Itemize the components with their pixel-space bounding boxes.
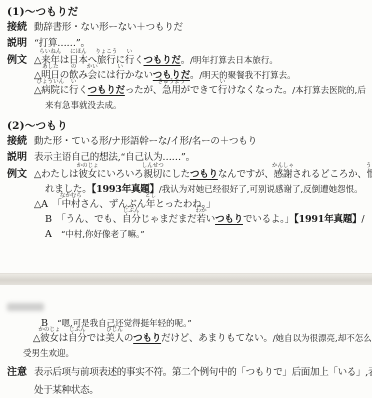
- section-2-connection-row: 接続 動た形・ている形/ナ形語幹ーな/イ形/名ーの＋つもり: [7, 134, 368, 150]
- furigana: かのじょ: [38, 327, 60, 333]
- grammar-emphasis: つもり: [190, 169, 218, 180]
- section-1-examples-row: 例文 △来年らいねんは日本にほんへ旅行りょこうに行いくつもりだ。/明年打算去日本…: [7, 53, 368, 113]
- example-line: △来年らいねんは日本にほんへ旅行りょこうに行いくつもりだ。/明年打算去日本旅行。: [34, 53, 368, 68]
- exam-source: 【1991年真題】: [294, 214, 361, 225]
- ruby-base: 病院びょういん: [41, 85, 60, 96]
- japanese-text: なんですが、: [218, 169, 274, 180]
- example-line: △彼女かのじょは自分じぶんでは美人びじんのつもりだけど、あまりもてない。/她自以…: [33, 331, 368, 346]
- dialogue-translation-b: B “嗯,可是我自己还觉得挺年轻的呢。”: [41, 316, 368, 331]
- grammar-emphasis: つもりだ: [88, 85, 125, 96]
- explanation-label: 説明: [7, 150, 34, 166]
- japanese-text: されるどころか、: [292, 169, 366, 180]
- japanese-text: 。: [181, 55, 190, 66]
- blurred-watermark: [7, 303, 44, 311]
- chinese-translation: /本打算去医院的,后: [292, 86, 366, 96]
- furigana: い: [71, 79, 77, 85]
- chinese-translation: /明天的聚餐我不打算去。: [199, 71, 295, 81]
- section-2-examples-row: 例文 △わたしは彼女かのじょにいろいろ親切しんせつにしたつもりなんですが、感謝か…: [7, 167, 368, 242]
- connection-content: 動辞書形・ない形ーない＋つもりだ: [34, 20, 368, 36]
- page-gap-band: [0, 273, 372, 285]
- japanese-text: ったが、: [125, 85, 162, 96]
- section-2-heading: (2)〜つもり: [7, 118, 368, 134]
- ruby-base: 彼女かのじょ: [78, 169, 97, 180]
- furigana: にほん: [70, 49, 87, 55]
- japanese-text: にいろいろ: [97, 169, 144, 180]
- furigana: とし: [145, 193, 156, 199]
- chinese-translation: 来有急事就没去成。: [45, 101, 122, 111]
- furigana: かい: [87, 64, 98, 70]
- japanese-text: く: [134, 55, 143, 66]
- ruby-base: 若わか: [196, 214, 205, 225]
- example-line: △わたしは彼女かのじょにいろいろ親切しんせつにしたつもりなんですが、感謝かんしゃ…: [34, 167, 368, 182]
- furigana: い: [220, 79, 226, 85]
- connection-line: 動た形・ている形/ナ形語幹ーな/イ形/名ーの＋つもり: [34, 134, 368, 150]
- ruby-base: 行い: [69, 85, 78, 96]
- furigana: あした: [42, 64, 59, 70]
- chinese-translation: /明年打算去日本旅行。: [190, 56, 278, 66]
- japanese-text: み: [78, 70, 87, 81]
- ruby-base: 恨うら: [367, 169, 372, 180]
- japanese-text: でいるよ。」: [243, 214, 294, 225]
- furigana: の: [71, 64, 77, 70]
- ruby-base: 自分じぶん: [122, 214, 141, 225]
- japanese-text: には: [97, 70, 116, 81]
- japanese-text: △A 「: [34, 199, 62, 210]
- explanation-label: 説明: [7, 36, 34, 52]
- chinese-translation: /我认为对她已经很好了,可别说感谢了,反倒遭她怨恨。: [159, 185, 363, 195]
- connection-line: 動辞書形・ない形ーない＋つもりだ: [34, 20, 368, 36]
- furigana: きゅうよう: [158, 79, 186, 85]
- japanese-text: は: [60, 55, 69, 66]
- ruby-base: 彼女かのじょ: [40, 333, 59, 344]
- ruby-base: 行い: [125, 55, 134, 66]
- grammar-emphasis: つもりだ: [144, 55, 181, 66]
- chinese-translation: “中村,你好像老了嘛。”: [61, 230, 145, 240]
- japanese-text: 表示主语自己的想法,“自己认为……”。: [34, 152, 195, 163]
- examples-content: △わたしは彼女かのじょにいろいろ親切しんせつにしたつもりなんですが、感謝かんしゃ…: [34, 167, 368, 242]
- japanese-text: だけど、あまりもてない。: [161, 333, 273, 344]
- section-1-heading: (1)〜つもりだ: [7, 4, 368, 20]
- furigana: らいねん: [39, 49, 61, 55]
- japanese-text: B 「うん、でも、: [45, 214, 122, 225]
- ruby-base: 美人びじん: [105, 333, 124, 344]
- ruby-base: 年とし: [146, 199, 155, 210]
- ruby-base: 行い: [116, 70, 125, 81]
- note-label: 注意: [7, 364, 34, 398]
- japanese-text: 表示后项与前项表述的事实不符。第二个例句中的「つもりで」后面加上「いる」,表示: [34, 367, 372, 378]
- note-content: 表示后项与前项表述的事实不符。第二个例句中的「つもりで」后面加上「いる」,表示 …: [34, 364, 368, 398]
- next-page-content: B “嗯,可是我自己还觉得挺年轻的呢。” △彼女かのじょは自分じぶんでは美人びじ…: [7, 316, 368, 398]
- note-line: 表示后项与前项表述的事实不符。第二个例句中的「つもりで」后面加上「いる」,表示: [34, 364, 368, 382]
- japanese-text: の: [124, 333, 133, 344]
- example-continuation-line: 来有急事就没去成。: [34, 98, 368, 113]
- japanese-text: は: [59, 333, 68, 344]
- note-row: 注意 表示后项与前项表述的事实不符。第二个例句中的「つもりで」后面加上「いる」,…: [7, 364, 368, 398]
- note-line: 处于某种状态。: [34, 382, 368, 398]
- ruby-base: 自分じぶん: [68, 333, 87, 344]
- japanese-text: 動辞書形・ない形ーない＋つもりだ: [34, 22, 183, 33]
- furigana: なかむら: [60, 193, 82, 199]
- ruby-base: 会かい: [88, 70, 97, 81]
- japanese-text: 。: [190, 70, 199, 81]
- grammar-emphasis: つもり: [215, 214, 243, 225]
- textbook-page: (1)〜つもりだ 接続 動辞書形・ない形ーない＋つもりだ 説明 “打算……”。 …: [0, 0, 372, 398]
- japanese-text: ができて: [181, 85, 218, 96]
- example-line: △病院びょういんに行いくつもりだったが、急用きゅうようができて行いけなくなった。…: [34, 83, 368, 98]
- japanese-text: じゃまだまだ: [141, 214, 197, 225]
- furigana: びょういん: [37, 79, 65, 85]
- examples-content: △来年らいねんは日本にほんへ旅行りょこうに行いくつもりだ。/明年打算去日本旅行。…: [34, 53, 368, 113]
- furigana: じぶん: [69, 327, 86, 333]
- connection-content: 動た形・ている形/ナ形語幹ーな/イ形/名ーの＋つもり: [34, 134, 368, 150]
- ruby-base: 行い: [218, 85, 227, 96]
- japanese-text: 处于某种状态。: [34, 385, 98, 396]
- connection-label: 接続: [7, 134, 34, 150]
- japanese-text: では: [87, 333, 106, 344]
- furigana: い: [127, 49, 133, 55]
- ruby-base: 旅行りょこう: [97, 55, 116, 66]
- grammar-emphasis: つもり: [133, 333, 161, 344]
- furigana: かんしゃ: [272, 163, 294, 169]
- japanese-text: A: [45, 229, 61, 240]
- furigana: びじん: [106, 327, 123, 333]
- japanese-text: く: [78, 85, 87, 96]
- japanese-text: 動た形・ている形/ナ形語幹ーな/イ形/名ーの＋つもり: [34, 136, 257, 147]
- ruby-base: 急用きゅうよう: [162, 85, 181, 96]
- ruby-base: 中村なかむら: [62, 199, 81, 210]
- dialogue-line-b: B 「うん、でも、自分じぶんじゃまだまだ若わかいつもりでいるよ。」【1991年真…: [34, 212, 368, 227]
- chinese-translation: 受男生欢迎。: [23, 349, 74, 359]
- furigana: りょこう: [95, 49, 117, 55]
- japanese-text: けなくなった。: [227, 85, 292, 96]
- furigana: じぶん: [123, 208, 140, 214]
- japanese-text: い: [206, 214, 215, 225]
- examples-label: 例文: [7, 53, 34, 113]
- japanese-text: /: [361, 214, 364, 225]
- section-1-connection-row: 接続 動辞書形・ない形ーない＋つもりだ: [7, 20, 368, 36]
- example-continuation-line: 受男生欢迎。: [23, 346, 368, 361]
- chinese-translation: /她自以为很漂亮,却不怎么: [273, 334, 372, 344]
- japanese-text: “打算……”。: [34, 38, 90, 49]
- ruby-base: 親切しんせつ: [143, 169, 162, 180]
- examples-label: 例文: [7, 167, 34, 242]
- japanese-text: △わたしは: [34, 169, 78, 180]
- dialogue-translation-a: A “中村,你好像老了嘛。”: [34, 227, 368, 242]
- japanese-text: にした: [162, 169, 190, 180]
- furigana: わか: [196, 208, 207, 214]
- furigana: うら: [366, 163, 372, 169]
- example-continuation-line: れました。【1993年真題】/我认为对她已经很好了,可别说感谢了,反倒遭她怨恨。: [34, 182, 368, 197]
- section-2-explanation-row: 説明 表示主语自己的想法,“自己认为……”。: [7, 150, 368, 166]
- furigana: い: [117, 64, 123, 70]
- ruby-base: 感謝かんしゃ: [274, 169, 293, 180]
- japanese-text: かない: [125, 70, 153, 81]
- connection-label: 接続: [7, 20, 34, 36]
- japanese-text: に: [60, 85, 69, 96]
- furigana: かのじょ: [77, 163, 99, 169]
- furigana: しんせつ: [142, 163, 164, 169]
- example-line: △明日あしたの飲のみ会かいには行いかないつもりだ。/明天的聚餐我不打算去。: [34, 68, 368, 83]
